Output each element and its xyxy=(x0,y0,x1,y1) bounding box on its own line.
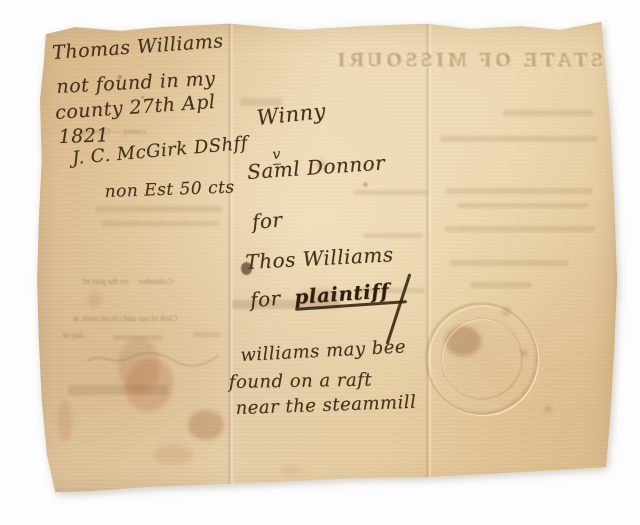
bleed-through-line xyxy=(457,203,589,208)
bleed-columbia: Columbia xyxy=(139,276,173,286)
bleed-masthead: STATE OF MISSOURI xyxy=(329,50,605,73)
bleed-through-line xyxy=(440,136,598,142)
bleed-through-line xyxy=(363,233,423,238)
bleed-through-line xyxy=(445,226,595,232)
bleed-columbia-line: Columbia on the part of xyxy=(83,276,173,286)
pen-strike xyxy=(386,273,412,344)
bleed-through-line xyxy=(470,282,532,288)
stain xyxy=(545,406,551,412)
location-note-line: found on a raft xyxy=(229,370,373,393)
stain xyxy=(281,466,301,474)
fold-crease-left xyxy=(227,20,234,493)
sheriff-return-line: Thomas Williams xyxy=(51,30,224,64)
bleed-through-line xyxy=(101,221,219,226)
for-word: for xyxy=(249,286,281,312)
bleed-clerk-line: Clerk of our said circuit court, at xyxy=(73,314,178,323)
stain xyxy=(188,410,224,440)
stain xyxy=(58,400,72,442)
stain xyxy=(363,182,368,187)
docket-attorney-name: Thos Williams xyxy=(245,242,394,274)
bleed-through-line xyxy=(353,190,428,195)
bleed-through-line xyxy=(450,260,568,266)
document-paper-wrap: STATE OF MISSOURI county — Greeting: Col… xyxy=(33,20,617,493)
bleed-through-line xyxy=(95,206,223,212)
location-note-line: williams may bee xyxy=(240,336,407,366)
docket-defendant-name: Saml Donnor xyxy=(246,150,386,184)
document-paper: STATE OF MISSOURI county — Greeting: Col… xyxy=(33,20,617,493)
bleed-through-line xyxy=(503,110,593,116)
bleed-through-line xyxy=(193,332,221,337)
location-note-line: near the steammill xyxy=(235,392,416,419)
docket-for-word: for xyxy=(251,207,283,234)
fold-crease-right xyxy=(425,20,432,493)
embossed-seal-inner-ring xyxy=(441,318,523,400)
photo-background: STATE OF MISSOURI county — Greeting: Col… xyxy=(0,0,640,525)
stain xyxy=(88,293,102,307)
sheriff-fee-note: non Est 50 cts xyxy=(104,177,235,202)
stain xyxy=(153,445,193,465)
bleed-through-line xyxy=(445,188,593,194)
bleed-day-of-line: day of xyxy=(63,331,83,340)
bleed-part-of: on the part of xyxy=(83,276,129,286)
embossed-seal xyxy=(426,303,538,415)
